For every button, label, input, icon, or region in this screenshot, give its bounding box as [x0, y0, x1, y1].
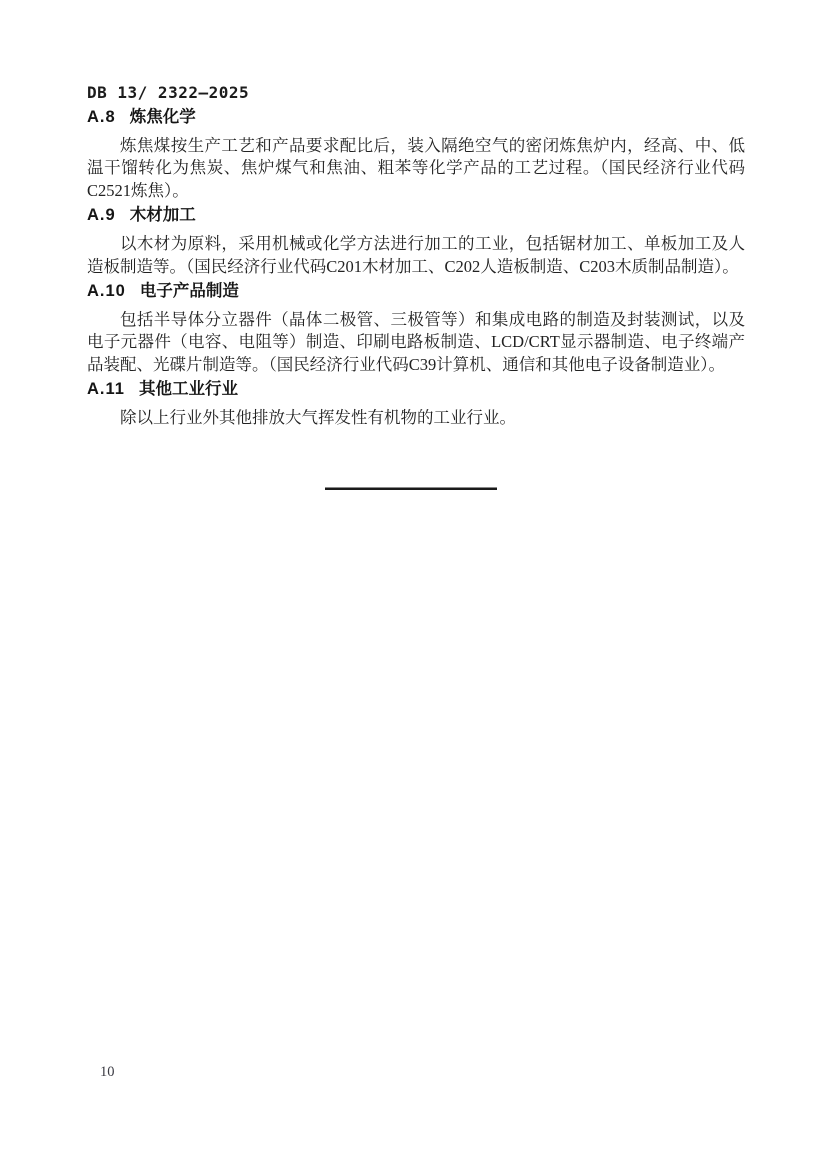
section-a9: A.9木材加工 以木材为原料，采用机械或化学方法进行加工的工业，包括锯材加工、单… — [87, 205, 745, 278]
section-title: 木材加工 — [130, 206, 196, 224]
section-title: 电子产品制造 — [140, 282, 239, 300]
section-title: 炼焦化学 — [130, 108, 196, 126]
section-heading: A.10电子产品制造 — [87, 281, 745, 301]
document-page: DB 13/ 2322—2025 A.8炼焦化学 炼焦煤按生产工艺和产品要求配比… — [0, 0, 814, 1156]
section-heading: A.11其他工业行业 — [87, 379, 745, 399]
section-paragraph: 包括半导体分立器件（晶体二极管、三极管等）和集成电路的制造及封装测试，以及电子元… — [87, 309, 745, 376]
section-title: 其他工业行业 — [139, 380, 238, 398]
section-a8: A.8炼焦化学 炼焦煤按生产工艺和产品要求配比后，装入隔绝空气的密闭炼焦炉内，经… — [87, 107, 745, 202]
section-number: A.9 — [87, 205, 116, 225]
standard-code-header: DB 13/ 2322—2025 — [87, 83, 745, 103]
section-number: A.8 — [87, 107, 116, 127]
section-paragraph: 炼焦煤按生产工艺和产品要求配比后，装入隔绝空气的密闭炼焦炉内，经高、中、低温干馏… — [87, 135, 745, 202]
section-a11: A.11其他工业行业 除以上行业外其他排放大气挥发性有机物的工业行业。 — [87, 379, 745, 429]
section-number: A.11 — [87, 379, 125, 399]
section-number: A.10 — [87, 281, 126, 301]
page-number: 10 — [100, 1064, 115, 1081]
section-heading: A.9木材加工 — [87, 205, 745, 225]
section-paragraph: 除以上行业外其他排放大气挥发性有机物的工业行业。 — [87, 407, 745, 429]
section-paragraph: 以木材为原料，采用机械或化学方法进行加工的工业，包括锯材加工、单板加工及人造板制… — [87, 233, 745, 278]
end-of-document-rule — [325, 487, 497, 490]
section-heading: A.8炼焦化学 — [87, 107, 745, 127]
document-content: DB 13/ 2322—2025 A.8炼焦化学 炼焦煤按生产工艺和产品要求配比… — [87, 83, 745, 430]
section-a10: A.10电子产品制造 包括半导体分立器件（晶体二极管、三极管等）和集成电路的制造… — [87, 281, 745, 376]
